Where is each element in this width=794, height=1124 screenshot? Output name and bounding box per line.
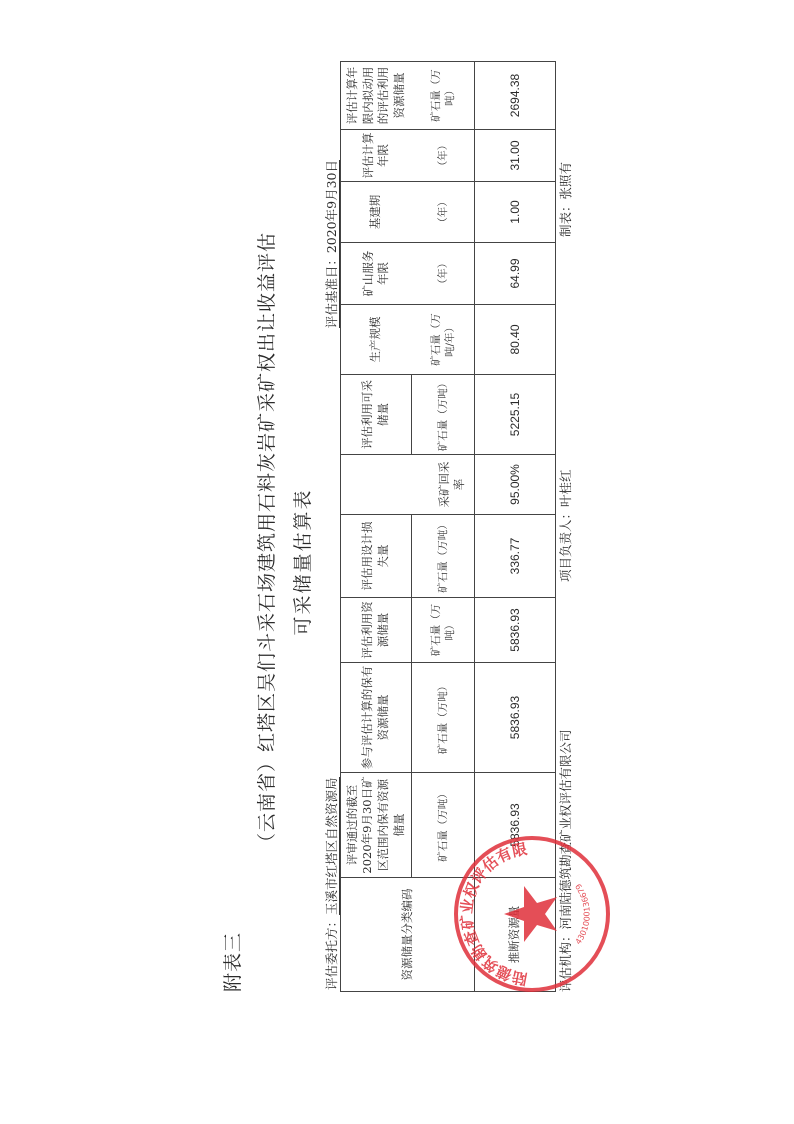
- unit-cell: 矿石量（万吨）: [412, 515, 475, 598]
- category-cell: 推断资源量: [475, 878, 556, 992]
- base-date-value: 2020年9月30日: [324, 160, 340, 253]
- header-cell: 评审通过的截至2020年9月30日矿区范围内保有资源储量: [341, 773, 412, 878]
- unit-cell: （年）: [412, 182, 475, 243]
- evaluator-label: 评估机构：: [558, 929, 573, 992]
- header-cell: 资源储量分类编码: [341, 878, 475, 992]
- data-cell: 64.99: [475, 243, 556, 305]
- table-row: 推断资源量 5836.93 5836.93 5836.93 336.77 95.…: [475, 62, 556, 992]
- unit-cell: 矿石量（万吨）: [412, 375, 475, 455]
- data-cell: 31.00: [475, 130, 556, 182]
- data-cell: 336.77: [475, 515, 556, 598]
- reserve-estimate-table: 资源储量分类编码 评审通过的截至2020年9月30日矿区范围内保有资源储量 参与…: [340, 61, 556, 992]
- data-cell: 5836.93: [475, 773, 556, 878]
- maker-label: 制表：: [558, 200, 573, 238]
- unit-cell: 矿石量（万吨/年）: [412, 305, 475, 375]
- unit-cell: 矿石量（万吨）: [412, 773, 475, 878]
- data-cell: 80.40: [475, 305, 556, 375]
- header-cell: 评估用设计损失量: [341, 515, 412, 598]
- data-cell: 1.00: [475, 182, 556, 243]
- header-cell: 矿山服务年限: [341, 243, 412, 305]
- header-cell: 生产规模: [341, 305, 412, 375]
- table-unit-row: 矿石量（万吨） 矿石量（万吨） 矿石量（万吨） 矿石量（万吨） 矿石量（万吨） …: [412, 62, 475, 992]
- header-cell: 评估利用可采储量: [341, 375, 412, 455]
- unit-cell: 矿石量（万吨）: [412, 663, 475, 773]
- data-cell: 5836.93: [475, 598, 556, 663]
- base-date-label: 评估基准日：: [324, 253, 340, 328]
- unit-cell: 矿石量（万吨）: [412, 598, 475, 663]
- header-cell: 评估计算年限: [341, 130, 412, 182]
- table-maker-info: 制表：张照有: [556, 162, 574, 237]
- unit-cell: 矿石量（万吨）: [412, 62, 475, 130]
- evaluator-info: 评估机构：河南陆德筑勘查矿业权评估有限公司: [556, 729, 574, 992]
- data-cell: 5225.15: [475, 375, 556, 455]
- svg-text:4301000136679: 4301000136679: [574, 882, 592, 946]
- client-label: 评估委托方：: [324, 915, 339, 990]
- maker-value: 张照有: [558, 162, 573, 200]
- header-cell: 参与评估计算的保有资源储量: [341, 663, 412, 773]
- base-date-info: 评估基准日：2020年9月30日: [322, 160, 340, 328]
- data-cell: 2694.38: [475, 62, 556, 130]
- project-leader-info: 项目负责人：叶桂红: [556, 469, 574, 582]
- evaluator-value: 河南陆德筑勘查矿业权评估有限公司: [558, 729, 573, 929]
- rotated-page: 附表三 （云南省）红塔区吴们斗采石场建筑用石料灰岩矿采矿权出让收益评估 可采储量…: [0, 0, 794, 1124]
- unit-cell: （年）: [412, 130, 475, 182]
- header-cell: 基建期: [341, 182, 412, 243]
- data-cell: 5836.93: [475, 663, 556, 773]
- document-subtitle: 可采储量估算表: [288, 0, 315, 1124]
- appendix-label: 附表三: [218, 932, 245, 992]
- unit-cell: （年）: [412, 243, 475, 305]
- table-header-row: 资源储量分类编码 评审通过的截至2020年9月30日矿区范围内保有资源储量 参与…: [341, 62, 412, 992]
- leader-value: 叶桂红: [558, 469, 573, 507]
- header-cell: 评估利用资源储量: [341, 598, 412, 663]
- leader-label: 项目负责人：: [558, 507, 573, 582]
- data-cell: 95.00%: [475, 455, 556, 515]
- client-info: 评估委托方：玉溪市红塔区自然资源局: [322, 777, 340, 990]
- client-value: 玉溪市红塔区自然资源局: [324, 777, 340, 915]
- header-cell: 采矿回采率: [341, 455, 475, 515]
- document-title: （云南省）红塔区吴们斗采石场建筑用石料灰岩矿采矿权出让收益评估: [252, 0, 279, 1124]
- header-cell: 评估计算年限内拟动用的评估利用资源储量: [341, 62, 412, 130]
